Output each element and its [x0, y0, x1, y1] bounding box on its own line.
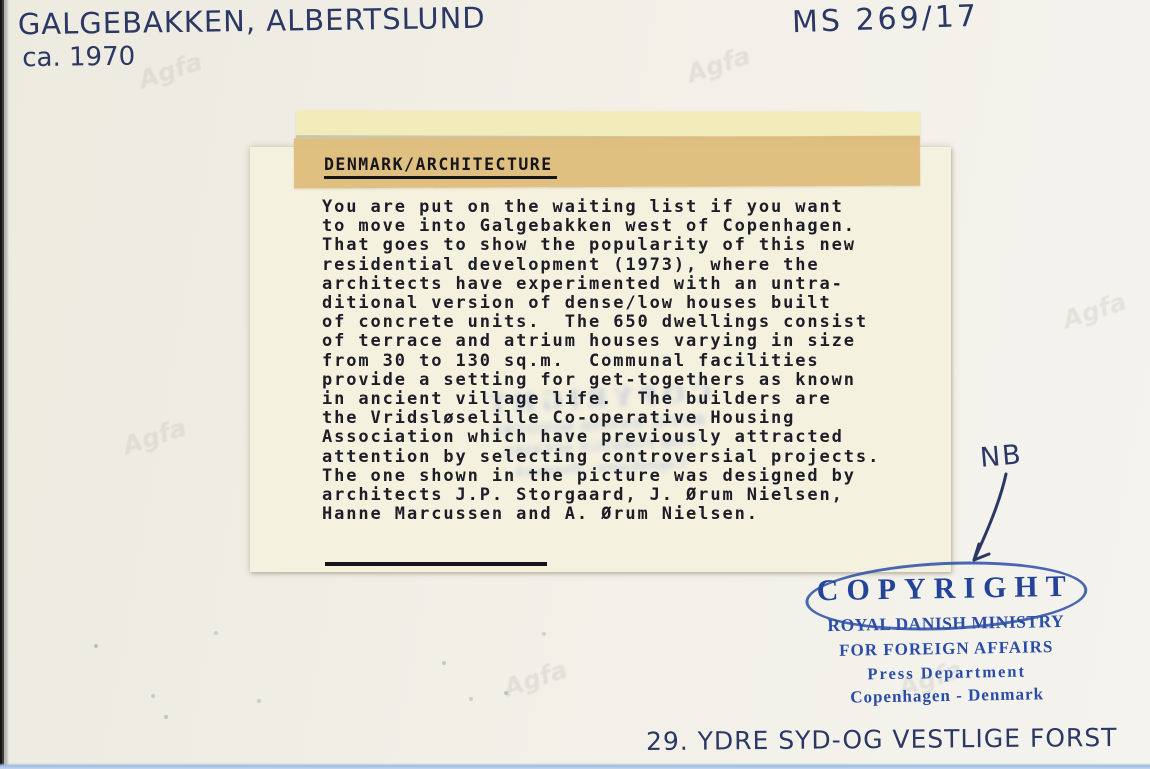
- caption-body-text: You are put on the waiting list if you w…: [322, 198, 880, 524]
- agfa-watermark: Agfa: [683, 41, 754, 89]
- agfa-watermark: Agfa: [1059, 287, 1130, 335]
- agfa-watermark: Agfa: [119, 413, 190, 461]
- stamp-department-text: Press Department: [801, 660, 1093, 685]
- agfa-watermark: Agfa: [500, 655, 571, 703]
- copyright-stamp: COPYRIGHT ROYAL DANISH MINISTRY FOR FORE…: [799, 555, 1094, 708]
- handwritten-reference-number: MS 269/17: [791, 0, 979, 40]
- scan-left-edge: [0, 0, 9, 769]
- scan-bottom-edge: [0, 763, 1150, 769]
- caption-underscore-line: [325, 562, 547, 566]
- handwritten-location: GALGEBAKKEN, ALBERTSLUND: [18, 1, 486, 42]
- photo-back-scan: Agfa Agfa Agfa Agfa Agfa Agfa GALGEBAKKE…: [0, 0, 1150, 769]
- stamp-affairs-text: FOR FOREIGN AFFAIRS: [800, 636, 1092, 661]
- caption-heading: DENMARK/ARCHITECTURE: [324, 155, 557, 179]
- stamp-city-text: Copenhagen - Denmark: [801, 683, 1093, 708]
- handwritten-title: GALGEBAKKEN, ALBERTSLUND ca. 1970: [18, 1, 487, 74]
- stamp-copyright-text: COPYRIGHT: [799, 569, 1092, 608]
- handwritten-category-note: 29. YDRE SYD-OG VESTLIGE FORST: [646, 723, 1118, 756]
- handwritten-date: ca. 1970: [22, 37, 486, 73]
